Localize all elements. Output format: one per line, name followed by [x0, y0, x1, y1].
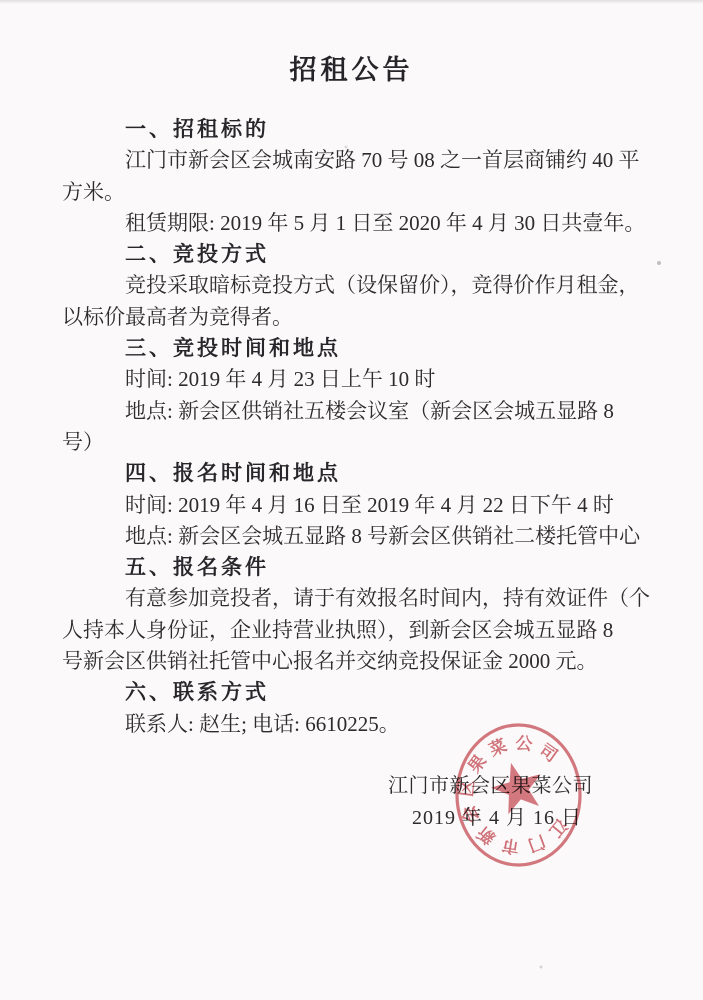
section-1-heading: 一、招租标的: [62, 114, 640, 145]
section-2-heading: 二、竞投方式: [62, 239, 640, 270]
doc-line: 竞投采取暗标竞投方式（设保留价），竞得价作月租金，: [62, 270, 640, 301]
section-6-heading: 六、联系方式: [62, 677, 640, 708]
signature-company: 江门市新会区果菜公司: [62, 771, 640, 802]
doc-line: 有意参加竞投者，请于有效报名时间内，持有效证件（个: [62, 583, 640, 614]
doc-line: 方米。: [62, 177, 640, 208]
section-4-heading: 四、报名时间和地点: [62, 458, 640, 489]
doc-line: 时间: 2019 年 4 月 16 日至 2019 年 4 月 22 日下午 4…: [62, 490, 640, 521]
scanned-notice-page: 招租公告 一、招租标的 江门市新会区会城南安路 70 号 08 之一首层商铺约 …: [0, 0, 703, 1000]
svg-text:门: 门: [525, 831, 548, 856]
doc-line: 时间: 2019 年 4 月 23 日上午 10 时: [62, 364, 640, 395]
doc-line: 以标价最高者为竞得者。: [62, 302, 640, 333]
section-3-heading: 三、竞投时间和地点: [62, 333, 640, 364]
notice-body: 一、招租标的 江门市新会区会城南安路 70 号 08 之一首层商铺约 40 平 …: [62, 114, 640, 834]
doc-line: 租赁期限: 2019 年 5 月 1 日至 2020 年 4 月 30 日共壹年…: [62, 208, 640, 239]
doc-line: 号新会区供销社托管中心报名并交纳竞投保证金 2000 元。: [62, 646, 640, 677]
doc-line: 地点: 新会区会城五显路 8 号新会区供销社二楼托管中心: [62, 521, 640, 552]
doc-line: 人持本人身份证，企业持营业执照），到新会区会城五显路 8: [62, 615, 640, 646]
doc-line: 江门市新会区会城南安路 70 号 08 之一首层商铺约 40 平: [62, 145, 640, 176]
doc-line: 号）: [62, 427, 640, 458]
blank-line: [62, 740, 640, 771]
svg-text:市: 市: [500, 835, 520, 857]
section-5-heading: 五、报名条件: [62, 552, 640, 583]
doc-line: 联系人: 赵生; 电话: 6610225。: [62, 709, 640, 740]
page-title: 招租公告: [0, 48, 703, 87]
doc-line: 地点: 新会区供销社五楼会议室（新会区会城五显路 8: [62, 396, 640, 427]
signature-date: 2019 年 4 月 16 日: [62, 803, 640, 834]
